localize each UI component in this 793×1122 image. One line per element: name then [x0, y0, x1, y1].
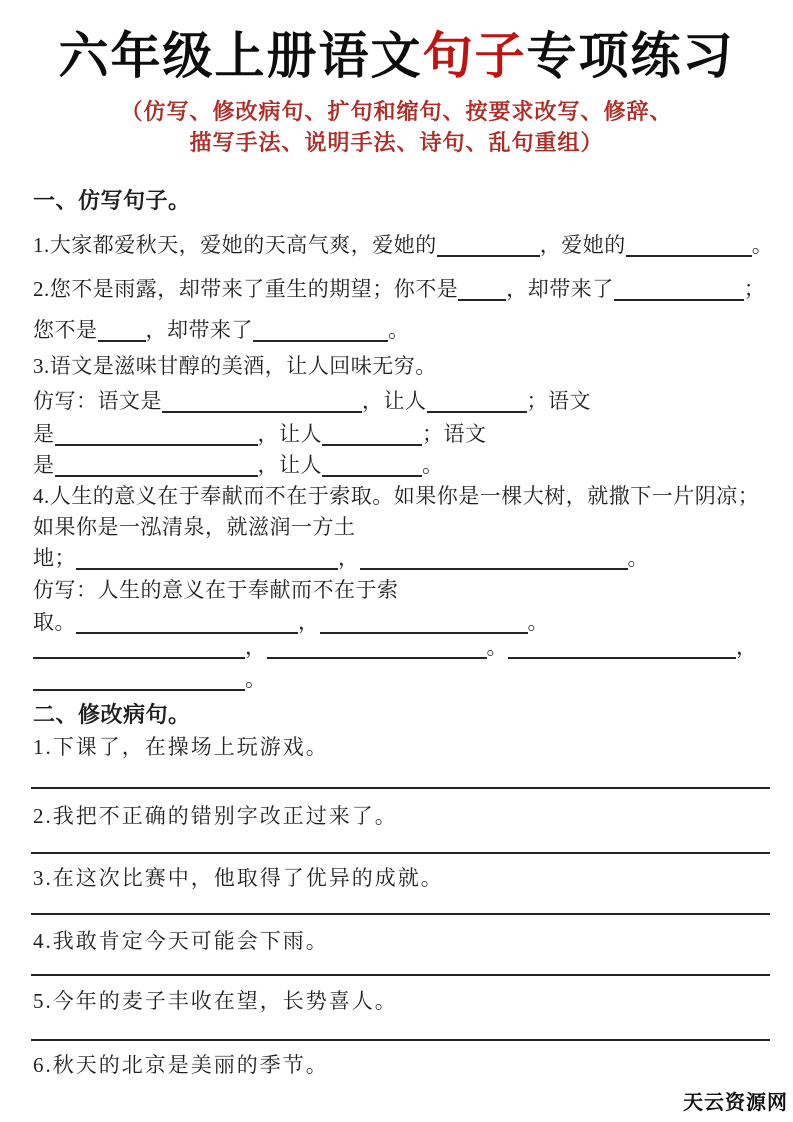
exercise-item-6: 6.秋天的北京是美丽的季节。 [33, 1052, 329, 1078]
question-text: ； [744, 277, 766, 301]
answer-blank [55, 457, 258, 477]
answer-blank [98, 322, 146, 342]
question-s1-q4-line7: 。 [33, 666, 267, 692]
question-text: ，让人 [258, 453, 323, 477]
title-left-text: 六年级上册语文 [59, 28, 423, 84]
question-s1-q4-line3: 地；，。 [33, 545, 649, 571]
exercise-item-4: 4.我敢肯定今天可能会下雨。 [33, 928, 329, 954]
section-two-heading: 二、修改病句。 [33, 702, 191, 728]
answer-blank [508, 639, 736, 659]
answer-blank [33, 671, 245, 691]
subtitle: （仿写、修改病句、扩句和缩句、按要求改写、修辞、 描写手法、说明手法、诗句、乱句… [0, 96, 793, 158]
title-highlight: 句子 [423, 28, 527, 84]
question-text: ， [298, 610, 320, 634]
question-text: 。 [628, 546, 650, 570]
question-text: 。 [752, 233, 774, 257]
answer-blank [267, 639, 487, 659]
question-text: ，却带来了 [506, 277, 614, 301]
exercise-item-2: 2.我把不正确的错别字改正过来了。 [33, 803, 398, 829]
question-s1-q3-line1: 仿写：语文是，让人；语文 [33, 388, 591, 414]
watermark: 天云资源网 [683, 1086, 788, 1115]
answer-blank [55, 426, 258, 446]
answer-blank [322, 457, 422, 477]
question-text: 是 [33, 422, 55, 446]
question-text: 是 [33, 453, 55, 477]
answer-blank [458, 281, 506, 301]
worksheet-page: 六年级上册语文句子专项练习 （仿写、修改病句、扩句和缩句、按要求改写、修辞、 描… [0, 0, 793, 1122]
question-text: 1.大家都爱秋天，爱她的天高气爽，爱她的 [33, 233, 437, 257]
question-text: 仿写：语文是 [33, 389, 162, 413]
question-text: 。 [422, 453, 444, 477]
answer-blank [33, 639, 245, 659]
title-right-text: 专项练习 [527, 28, 735, 84]
question-text: 2.您不是雨露，却带来了重生的期望；你不是 [33, 277, 458, 301]
answer-blank [320, 614, 528, 634]
answer-line [31, 1039, 770, 1041]
answer-blank [626, 237, 752, 257]
question-s1-q4-stem2: 如果你是一泓清泉，就滋润一方土 [33, 514, 356, 540]
answer-blank [322, 426, 422, 446]
question-text: 您不是 [33, 318, 98, 342]
question-text: 地； [33, 546, 76, 570]
question-s1-q2-line1: 2.您不是雨露，却带来了重生的期望；你不是，却带来了； [33, 276, 765, 302]
page-title: 六年级上册语文句子专项练习 [0, 16, 793, 88]
subtitle-line-1: （仿写、修改病句、扩句和缩句、按要求改写、修辞、 [0, 96, 793, 127]
question-s1-q3-line3: 是，让人。 [33, 452, 444, 478]
question-text: ，爱她的 [540, 233, 626, 257]
question-s1-q3-stem: 3.语文是滋味甘醇的美酒，让人回味无穷。 [33, 353, 437, 379]
question-s1-q1: 1.大家都爱秋天，爱她的天高气爽，爱她的，爱她的。 [33, 232, 773, 258]
question-text: 。 [245, 667, 267, 691]
answer-blank [614, 281, 744, 301]
question-text: ， [245, 635, 267, 659]
answer-blank [437, 237, 540, 257]
question-text: ；语文 [422, 422, 487, 446]
exercise-item-1: 1.下课了，在操场上玩游戏。 [33, 734, 329, 760]
answer-blank [76, 550, 338, 570]
question-text: ， [736, 635, 758, 659]
answer-blank [76, 614, 298, 634]
answer-line [31, 974, 770, 976]
answer-line [31, 852, 770, 854]
answer-line [31, 913, 770, 915]
subtitle-line-2: 描写手法、说明手法、诗句、乱句重组） [0, 127, 793, 158]
question-text: 。 [528, 610, 550, 634]
answer-blank [427, 393, 527, 413]
question-text: ，让人 [258, 422, 323, 446]
answer-blank [360, 550, 628, 570]
question-text: ， [338, 546, 360, 570]
question-s1-q3-line2: 是，让人；语文 [33, 421, 487, 447]
question-text: 。 [388, 318, 410, 342]
question-s1-q4-line5: 取。，。 [33, 609, 549, 635]
question-text: ，却带来了 [146, 318, 254, 342]
question-s1-q4-stem1: 4.人生的意义在于奉献而不在于索取。如果你是一棵大树，就撒下一片阴凉； [33, 483, 759, 509]
question-s1-q2-line2: 您不是，却带来了。 [33, 317, 410, 343]
exercise-item-3: 3.在这次比赛中，他取得了优异的成就。 [33, 865, 444, 891]
answer-line [31, 787, 770, 789]
question-s1-q4-line6: ，。， [33, 634, 758, 660]
question-text: ；语文 [527, 389, 592, 413]
question-text: 。 [487, 635, 509, 659]
question-s1-q4-line4: 仿写：人生的意义在于奉献而不在于索 [33, 577, 399, 603]
answer-blank [162, 393, 362, 413]
question-text: 取。 [33, 610, 76, 634]
question-text: ，让人 [362, 389, 427, 413]
answer-blank [253, 322, 388, 342]
section-one-heading: 一、仿写句子。 [33, 188, 191, 214]
exercise-item-5: 5.今年的麦子丰收在望，长势喜人。 [33, 988, 398, 1014]
